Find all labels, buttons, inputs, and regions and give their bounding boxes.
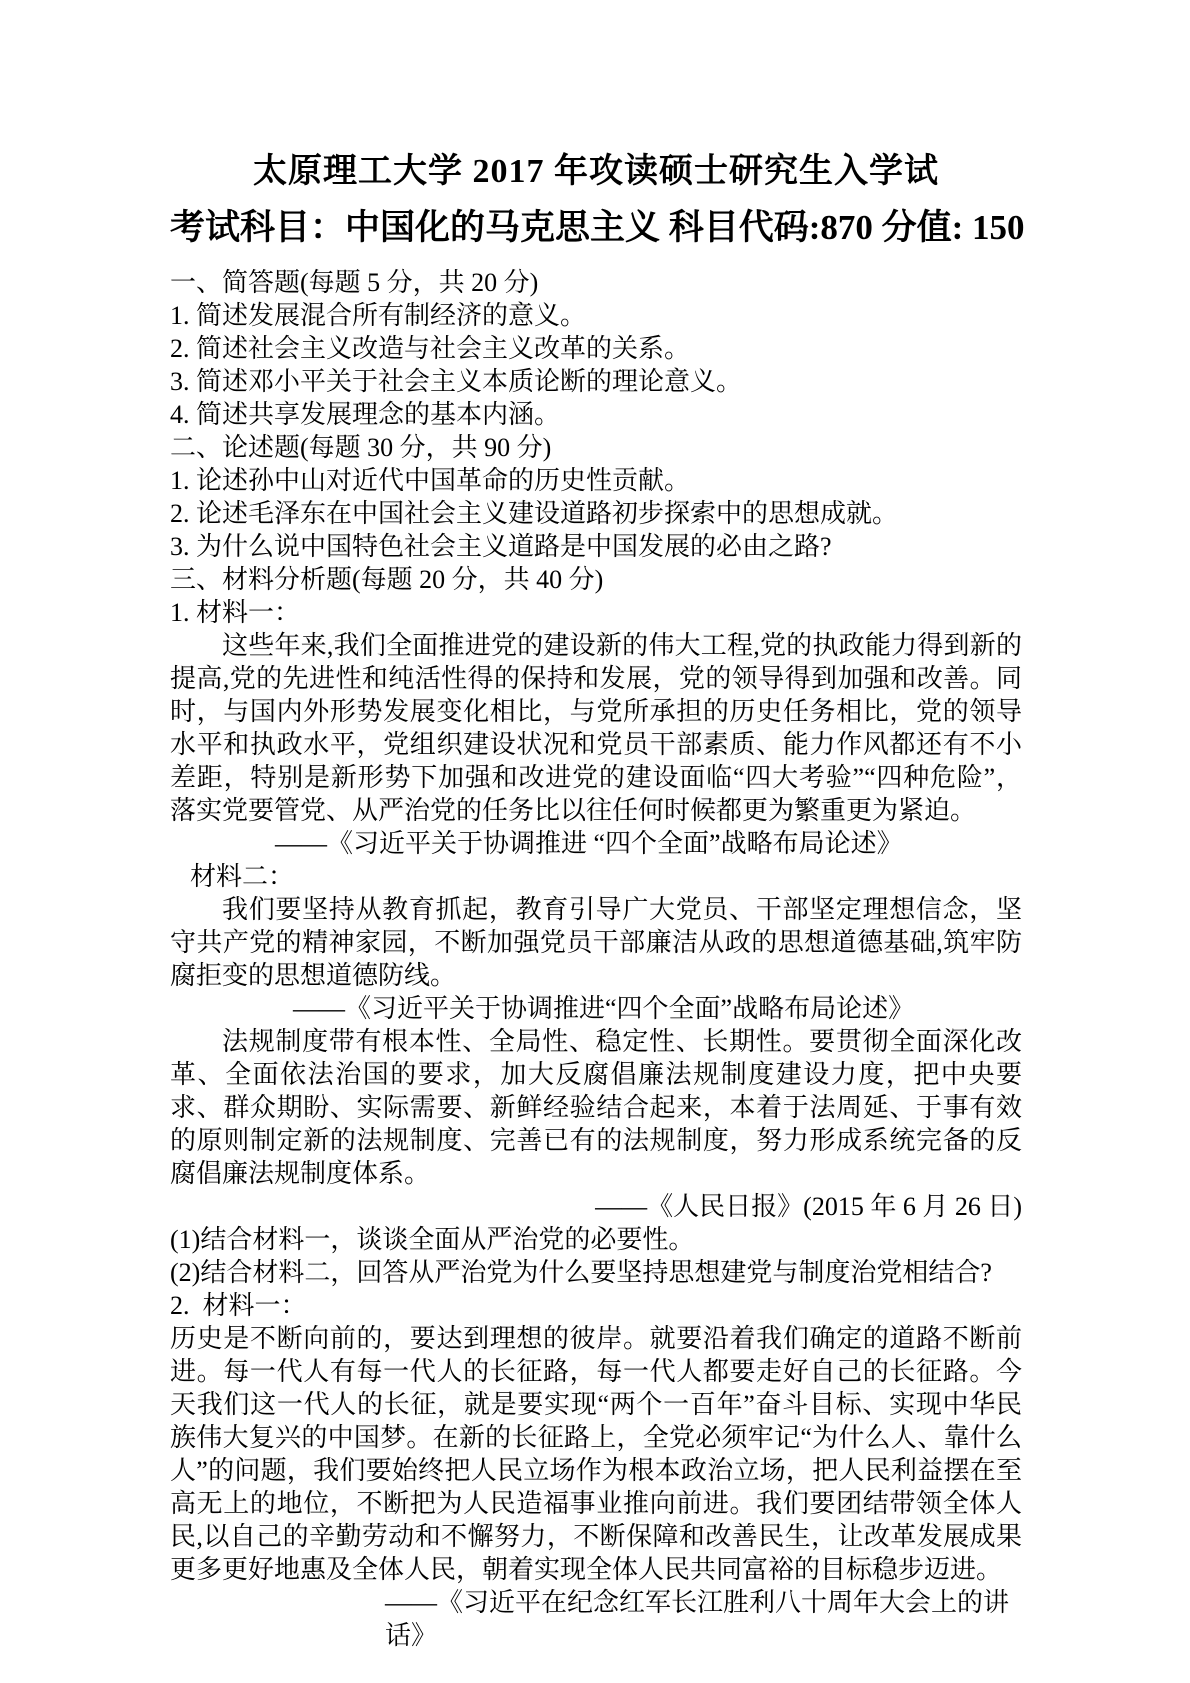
exam-page: 太原理工大学 2017 年攻读硕士研究生入学试 考试科目：中国化的马克思主义 科… <box>0 0 1190 1683</box>
question-item: 1. 材料一： <box>170 596 1022 629</box>
exam-body: 一、简答题(每题 5 分，共 20 分)1. 简述发展混合所有制经济的意义。2.… <box>170 266 1022 1652</box>
question-item: 1. 论述孙中山对近代中国革命的历史性贡献。 <box>170 464 1022 497</box>
question-item: 1. 简述发展混合所有制经济的意义。 <box>170 299 1022 332</box>
question-item: (1)结合材料一，谈谈全面从严治党的必要性。 <box>170 1223 1022 1256</box>
material-paragraph: 法规制度带有根本性、全局性、稳定性、长期性。要贯彻全面深化改革、全面依法治国的要… <box>170 1025 1022 1190</box>
exam-title: 太原理工大学 2017 年攻读硕士研究生入学试 <box>170 152 1022 192</box>
quote-attribution: ——《人民日报》(2015 年 6 月 26 日) <box>170 1190 1022 1223</box>
section-heading: 三、材料分析题(每题 20 分，共 40 分) <box>170 563 1022 596</box>
exam-subject-line: 考试科目：中国化的马克思主义 科目代码:870 分值: 150 <box>170 206 1022 250</box>
question-item: 3. 简述邓小平关于社会主义本质论断的理论意义。 <box>170 365 1022 398</box>
section-heading: 二、论述题(每题 30 分，共 90 分) <box>170 431 1022 464</box>
question-item: 4. 简述共享发展理念的基本内涵。 <box>170 398 1022 431</box>
material-label: 材料二： <box>170 860 1022 893</box>
quote-attribution: ——《习近平关于协调推进 “四个全面”战略布局论述》 <box>170 827 1022 860</box>
quote-attribution: ——《习近平关于协调推进“四个全面”战略布局论述》 <box>170 992 1022 1025</box>
question-item: 3. 为什么说中国特色社会主义道路是中国发展的必由之路? <box>170 530 1022 563</box>
question-item: 2. 简述社会主义改造与社会主义改革的关系。 <box>170 332 1022 365</box>
material-paragraph: 历史是不断向前的，要达到理想的彼岸。就要沿着我们确定的道路不断前进。每一代人有每… <box>170 1322 1022 1586</box>
question-item: 2. 论述毛泽东在中国社会主义建设道路初步探索中的思想成就。 <box>170 497 1022 530</box>
material-paragraph: 这些年来,我们全面推进党的建设新的伟大工程,党的执政能力得到新的提高,党的先进性… <box>170 629 1022 827</box>
material-paragraph: 我们要坚持从教育抓起，教育引导广大党员、干部坚定理想信念，坚守共产党的精神家园，… <box>170 893 1022 992</box>
quote-attribution: ——《习近平在纪念红军长江胜利八十周年大会上的讲话》 <box>170 1586 1022 1652</box>
document-content: 太原理工大学 2017 年攻读硕士研究生入学试 考试科目：中国化的马克思主义 科… <box>170 152 1022 1652</box>
question-item: 2. 材料一： <box>170 1289 1022 1322</box>
section-heading: 一、简答题(每题 5 分，共 20 分) <box>170 266 1022 299</box>
question-item: (2)结合材料二，回答从严治党为什么要坚持思想建党与制度治党相结合? <box>170 1256 1022 1289</box>
